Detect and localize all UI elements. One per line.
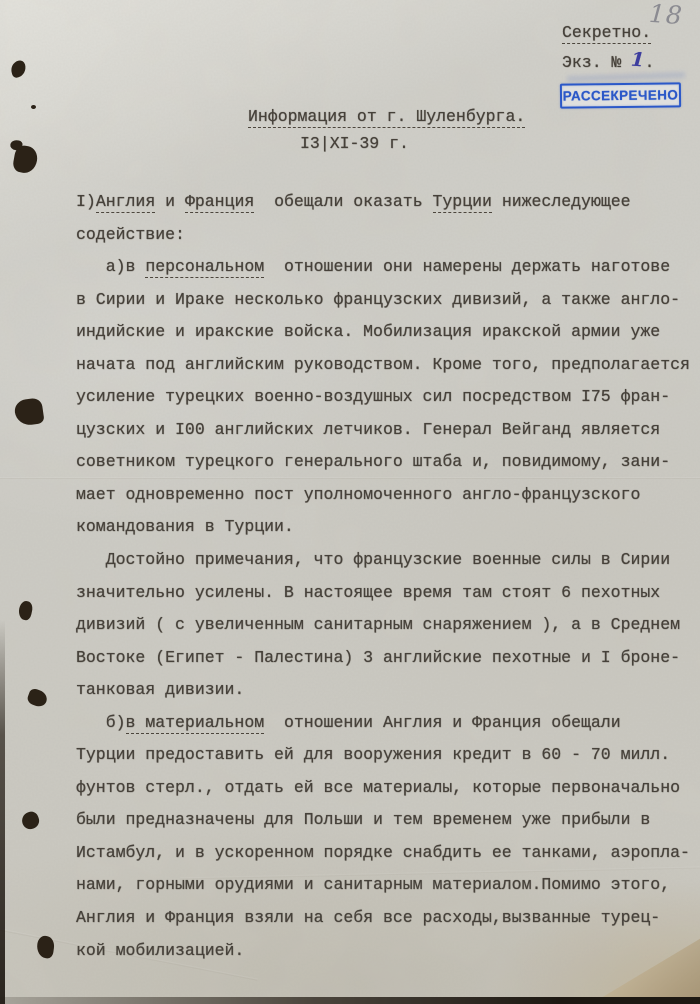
typewritten-line: Истамбул, и в ускоренном порядке снабдит…	[76, 837, 700, 870]
document-title-text: Информация от г. Шуленбурга.	[248, 107, 525, 128]
document-date: I3|XI-39 г.	[300, 134, 409, 153]
typewritten-line: I)Англия и Франция обещали оказать Турци…	[76, 186, 700, 219]
ink-blot	[20, 810, 42, 832]
typewritten-line: в Сирии и Ираке несколько французских ди…	[76, 284, 700, 317]
typewritten-line: Достойно примечания, что французские вое…	[76, 544, 700, 577]
ink-blot	[17, 600, 34, 621]
typewritten-line: танковая дивизии.	[76, 674, 700, 707]
document-page: 18 Секретно. Экз. № 1. РАССЕКРЕЧЕНО Инфо…	[0, 0, 700, 1004]
document-title: Информация от г. Шуленбурга.	[248, 107, 525, 126]
typewritten-line: содействие:	[76, 219, 700, 252]
stamp-smudge	[567, 72, 685, 82]
ink-blot	[13, 397, 44, 427]
copy-number-line: Экз. № 1.	[562, 50, 654, 72]
document-body: I)Англия и Франция обещали оказать Турци…	[76, 186, 700, 967]
typewritten-line: были предназначены для Польши и тем врем…	[76, 804, 700, 837]
typewritten-line: фунтов стерл., отдать ей все материалы, …	[76, 772, 700, 805]
typewritten-line: мает одновременно пост уполномоченного а…	[76, 479, 700, 512]
typewritten-line: советником турецкого генерального штаба …	[76, 446, 700, 479]
typewritten-line: цузских и I00 английских летчиков. Генер…	[76, 414, 700, 447]
declassified-stamp: РАССЕКРЕЧЕНО	[560, 82, 681, 108]
typewritten-line: Востоке (Египет - Палестина) 3 английски…	[76, 642, 700, 675]
copy-suffix: .	[645, 53, 655, 72]
copy-label: Экз. №	[562, 53, 631, 72]
ink-blot	[9, 59, 28, 78]
ink-blot	[31, 105, 36, 109]
secret-label: Секретно.	[562, 23, 651, 42]
typewritten-line: начата под английским руководством. Кром…	[76, 349, 700, 382]
handwritten-page-number: 18	[648, 0, 684, 30]
typewritten-line: а)в персональном отношении они намерены …	[76, 251, 700, 284]
typewritten-line: дивизий ( с увеличенным санитарным снаря…	[76, 609, 700, 642]
ink-blot	[12, 144, 39, 175]
typewritten-line: б)в материальном отношении Англия и Фран…	[76, 707, 700, 740]
ink-blot	[26, 687, 49, 709]
typewritten-line: нами, горными орудиями и санитарным мате…	[76, 869, 700, 902]
typewritten-line: усиление турецких военно-воздушных сил п…	[76, 381, 700, 414]
edge-shadow-left	[0, 620, 5, 1004]
typewritten-line: кой мобилизацией.	[76, 935, 700, 968]
typewritten-line: индийские и иракские войска. Мобилизация…	[76, 316, 700, 349]
edge-shadow-bottom	[0, 997, 700, 1004]
handwritten-copy-number: 1	[631, 49, 646, 72]
typewritten-line: Турции предоставить ей для вооружения кр…	[76, 739, 700, 772]
secret-label-text: Секретно.	[562, 23, 651, 44]
typewritten-line: Англия и Франция взяли на себя все расхо…	[76, 902, 700, 935]
typewritten-line: значительно усилены. В настоящее время т…	[76, 577, 700, 610]
typewritten-line: командования в Турции.	[76, 511, 700, 544]
